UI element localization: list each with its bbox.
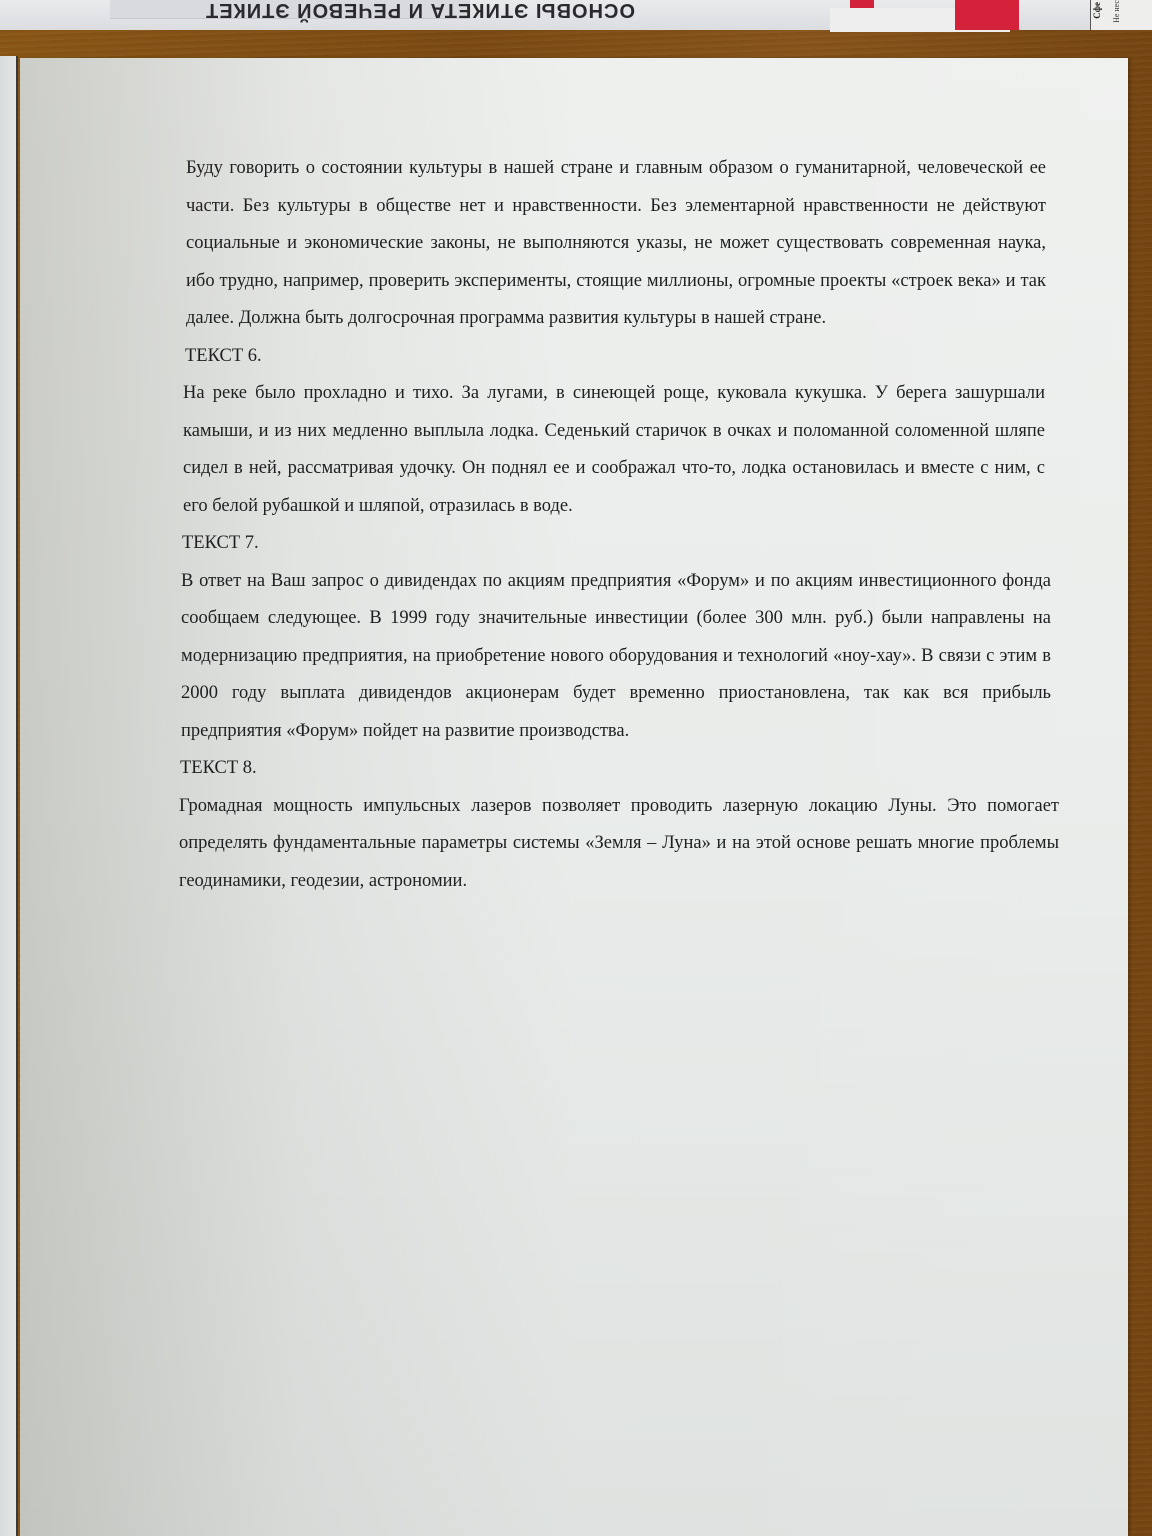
heading-text-7: ТЕКСТ 7. bbox=[182, 525, 1056, 563]
paragraph-intro: Буду говорить о состоянии культуры в наш… bbox=[186, 150, 1046, 338]
top-book-cover: ОСНОВЫ ЭТИКЕТА И РЕЧЕВОЙ ЭТИКЕТ Сфе Не н… bbox=[0, 0, 1152, 30]
paragraph-text-7: В ответ на Ваш запрос о дивидендах по ак… bbox=[181, 563, 1051, 751]
document-content: Буду говорить о состоянии культуры в наш… bbox=[180, 150, 1056, 900]
left-adjacent-page bbox=[0, 56, 18, 1536]
top-book-title: ОСНОВЫ ЭТИКЕТА И РЕЧЕВОЙ ЭТИКЕТ bbox=[205, 0, 635, 21]
heading-text-6: ТЕКСТ 6. bbox=[185, 338, 1056, 376]
paragraph-text-6: На реке было прохладно и тихо. За лугами… bbox=[183, 375, 1045, 525]
red-folder-tab bbox=[955, 0, 1019, 30]
side-book-label-text: Сфе bbox=[1092, 2, 1106, 19]
paragraph-text-8: Громадная мощность импульсных лазеров по… bbox=[179, 788, 1059, 901]
side-book-label-small: Не нес bbox=[1112, 0, 1121, 23]
heading-text-8: ТЕКСТ 8. bbox=[180, 750, 1056, 788]
